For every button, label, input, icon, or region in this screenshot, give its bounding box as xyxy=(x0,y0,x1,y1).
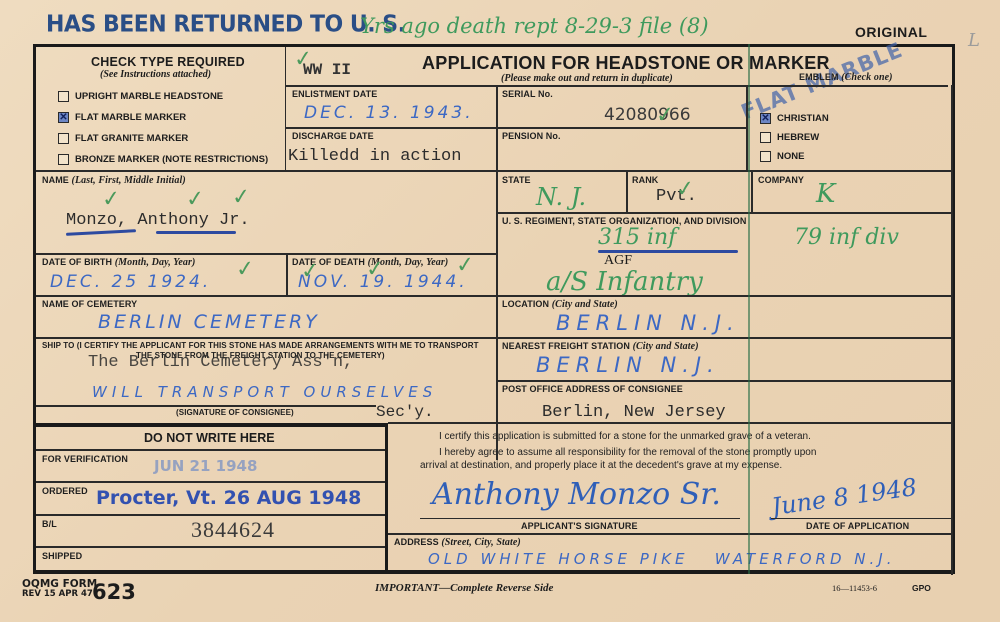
dob-label: DATE OF BIRTH (Month, Day, Year) xyxy=(42,257,195,268)
checkbox[interactable] xyxy=(58,154,69,165)
headstone-application-form: CHECK TYPE REQUIRED (See Instructions at… xyxy=(33,44,955,574)
bl-label: B/L xyxy=(42,519,57,529)
form-id: OQMG FORM REV 15 APR 47 xyxy=(22,579,97,599)
check-mark-icon: ✓ xyxy=(185,186,206,213)
freight-station-label: NEAREST FREIGHT STATION (City and State) xyxy=(502,341,699,352)
certification-line-1: I certify this application is submitted … xyxy=(439,431,811,442)
ship-to-handwritten[interactable]: WILL TRANSPORT OURSELVES xyxy=(92,383,437,401)
option-upright-marble-headstone[interactable]: UPRIGHT MARBLE HEADSTONE xyxy=(58,91,223,102)
state-value[interactable]: N. J. xyxy=(536,183,586,211)
verification-stamp: JUN 21 1948 xyxy=(154,457,257,475)
applicant-signature-value[interactable]: Anthony Monzo Sr. xyxy=(432,477,721,512)
cemetery-label: NAME OF CEMETERY xyxy=(42,299,137,309)
consignee-address-value[interactable]: Berlin, New Jersey xyxy=(542,403,726,422)
option-label: BRONZE MARKER (NOTE RESTRICTIONS) xyxy=(75,154,268,165)
emblem-label: EMBLEM (Check one) xyxy=(799,72,893,83)
serial-no-value[interactable]: 42080966 xyxy=(604,105,691,125)
verification-label: FOR VERIFICATION xyxy=(42,454,128,464)
option-bronze-marker[interactable]: BRONZE MARKER (NOTE RESTRICTIONS) xyxy=(58,154,268,165)
check-mark-icon: ✓ xyxy=(675,176,696,203)
checkbox-checked[interactable]: ✕ xyxy=(760,113,771,124)
bl-value: 3844624 xyxy=(191,517,275,543)
check-mark-icon: ✓ xyxy=(455,252,476,279)
check-mark-icon: ✓ xyxy=(300,258,321,285)
green-margin-line xyxy=(748,44,750,574)
consignee-signature-label: (SIGNATURE OF CONSIGNEE) xyxy=(176,408,294,417)
dob-value[interactable]: DEC. 25 1924. xyxy=(50,272,211,292)
regiment-handwritten-2[interactable]: 79 inf div xyxy=(794,225,899,250)
enlistment-date-value[interactable]: DEC. 13. 1943. xyxy=(304,103,474,123)
print-code: 16—11453-6 xyxy=(832,583,877,593)
office-use-section: DO NOT WRITE HERE FOR VERIFICATION JUN 2… xyxy=(36,423,388,571)
location-label: LOCATION (City and State) xyxy=(502,299,618,310)
applicant-signature-label: APPLICANT'S SIGNATURE xyxy=(521,521,638,531)
form-title: APPLICATION FOR HEADSTONE OR MARKER xyxy=(422,53,830,74)
option-label: FLAT GRANITE MARKER xyxy=(75,133,188,144)
option-label: UPRIGHT MARBLE HEADSTONE xyxy=(75,91,223,102)
returned-stamp: HAS BEEN RETURNED TO U. S. xyxy=(46,11,405,37)
handwritten-top-note: Yrs ago death rept 8-29-3 file (8) xyxy=(360,14,709,38)
shipped-label: SHIPPED xyxy=(42,551,82,561)
checkbox[interactable] xyxy=(760,151,771,162)
regiment-handwritten-3[interactable]: a/S Infantry xyxy=(546,267,703,297)
form-name: OQMG FORM xyxy=(22,579,97,589)
cemetery-value[interactable]: BERLIN CEMETERY xyxy=(98,311,320,333)
printer-label: GPO xyxy=(912,583,931,593)
pension-no-label: PENSION No. xyxy=(502,131,561,141)
checkbox-checked[interactable]: ✕ xyxy=(58,112,69,123)
state-label: STATE xyxy=(502,175,531,185)
date-of-application-label: DATE OF APPLICATION xyxy=(806,521,909,531)
check-mark-icon: ✓ xyxy=(231,184,252,211)
consignee-address-label: POST OFFICE ADDRESS OF CONSIGNEE xyxy=(502,384,683,394)
option-label: NONE xyxy=(777,151,804,162)
option-label: FLAT MARBLE MARKER xyxy=(75,112,186,123)
option-flat-granite-marker[interactable]: FLAT GRANITE MARKER xyxy=(58,133,188,144)
ordered-stamp: Procter, Vt. 26 AUG 1948 xyxy=(96,487,361,509)
name-value[interactable]: Monzo, Anthony Jr. xyxy=(66,211,250,230)
checkbox[interactable] xyxy=(760,132,771,143)
check-mark-icon: ✓ xyxy=(365,256,386,283)
emblem-none[interactable]: NONE xyxy=(760,151,804,162)
ordered-label: ORDERED xyxy=(42,486,88,496)
check-mark-icon: ✓ xyxy=(293,46,314,73)
discharge-date-label: DISCHARGE DATE xyxy=(292,131,374,141)
address-value[interactable]: OLD WHITE HORSE PIKE WATERFORD N.J. xyxy=(428,550,895,568)
company-label: COMPANY xyxy=(758,175,804,185)
enlistment-date-label: ENLISTMENT DATE xyxy=(292,89,377,99)
form-subtitle: (Please make out and return in duplicate… xyxy=(501,73,673,84)
check-mark-icon: ✓ xyxy=(101,186,122,213)
name-label: NAME (Last, First, Middle Initial) xyxy=(42,175,186,186)
check-type-subtitle: (See Instructions attached) xyxy=(100,69,211,80)
check-type-title: CHECK TYPE REQUIRED xyxy=(91,55,245,69)
important-note: IMPORTANT—Complete Reverse Side xyxy=(375,582,553,594)
certification-line-3: arrival at destination, and properly pla… xyxy=(420,460,782,471)
check-type-section: CHECK TYPE REQUIRED (See Instructions at… xyxy=(36,47,286,170)
checkbox[interactable] xyxy=(58,133,69,144)
certification-line-2: I hereby agree to assume all responsibil… xyxy=(439,447,816,458)
discharge-date-value[interactable]: Killedd in action xyxy=(288,147,461,166)
ship-to-typed[interactable]: The Berlin Cemetery Ass'n, xyxy=(88,353,353,372)
check-mark-icon: ✓ xyxy=(655,102,676,129)
checkbox[interactable] xyxy=(58,91,69,102)
form-number: 623 xyxy=(92,580,136,604)
original-label: ORIGINAL xyxy=(855,24,927,40)
option-flat-marble-marker[interactable]: ✕ FLAT MARBLE MARKER xyxy=(58,112,186,123)
company-value[interactable]: K xyxy=(816,179,835,209)
office-use-title: DO NOT WRITE HERE xyxy=(144,431,275,445)
emblem-hebrew[interactable]: HEBREW xyxy=(760,132,819,143)
option-label: HEBREW xyxy=(777,132,819,143)
form-revision: REV 15 APR 47 xyxy=(22,589,97,599)
rank-label: RANK xyxy=(632,175,658,185)
serial-no-label: SERIAL No. xyxy=(502,89,553,99)
option-label: CHRISTIAN xyxy=(777,113,829,124)
regiment-handwritten-1[interactable]: 315 inf xyxy=(598,225,676,250)
emblem-christian[interactable]: ✕ CHRISTIAN xyxy=(760,113,829,124)
address-label: ADDRESS (Street, City, State) xyxy=(394,537,521,548)
freight-station-value[interactable]: BERLIN N.J. xyxy=(536,353,720,377)
location-value[interactable]: BERLIN N.J. xyxy=(556,311,740,335)
consignee-title[interactable]: Sec'y. xyxy=(376,403,434,421)
check-mark-icon: ✓ xyxy=(235,256,256,283)
corner-mark: L xyxy=(968,30,980,51)
date-of-application-value[interactable]: June 8 1948 xyxy=(770,473,919,521)
ship-to-label: SHIP TO (I CERTIFY THE APPLICANT FOR THI… xyxy=(42,341,479,350)
